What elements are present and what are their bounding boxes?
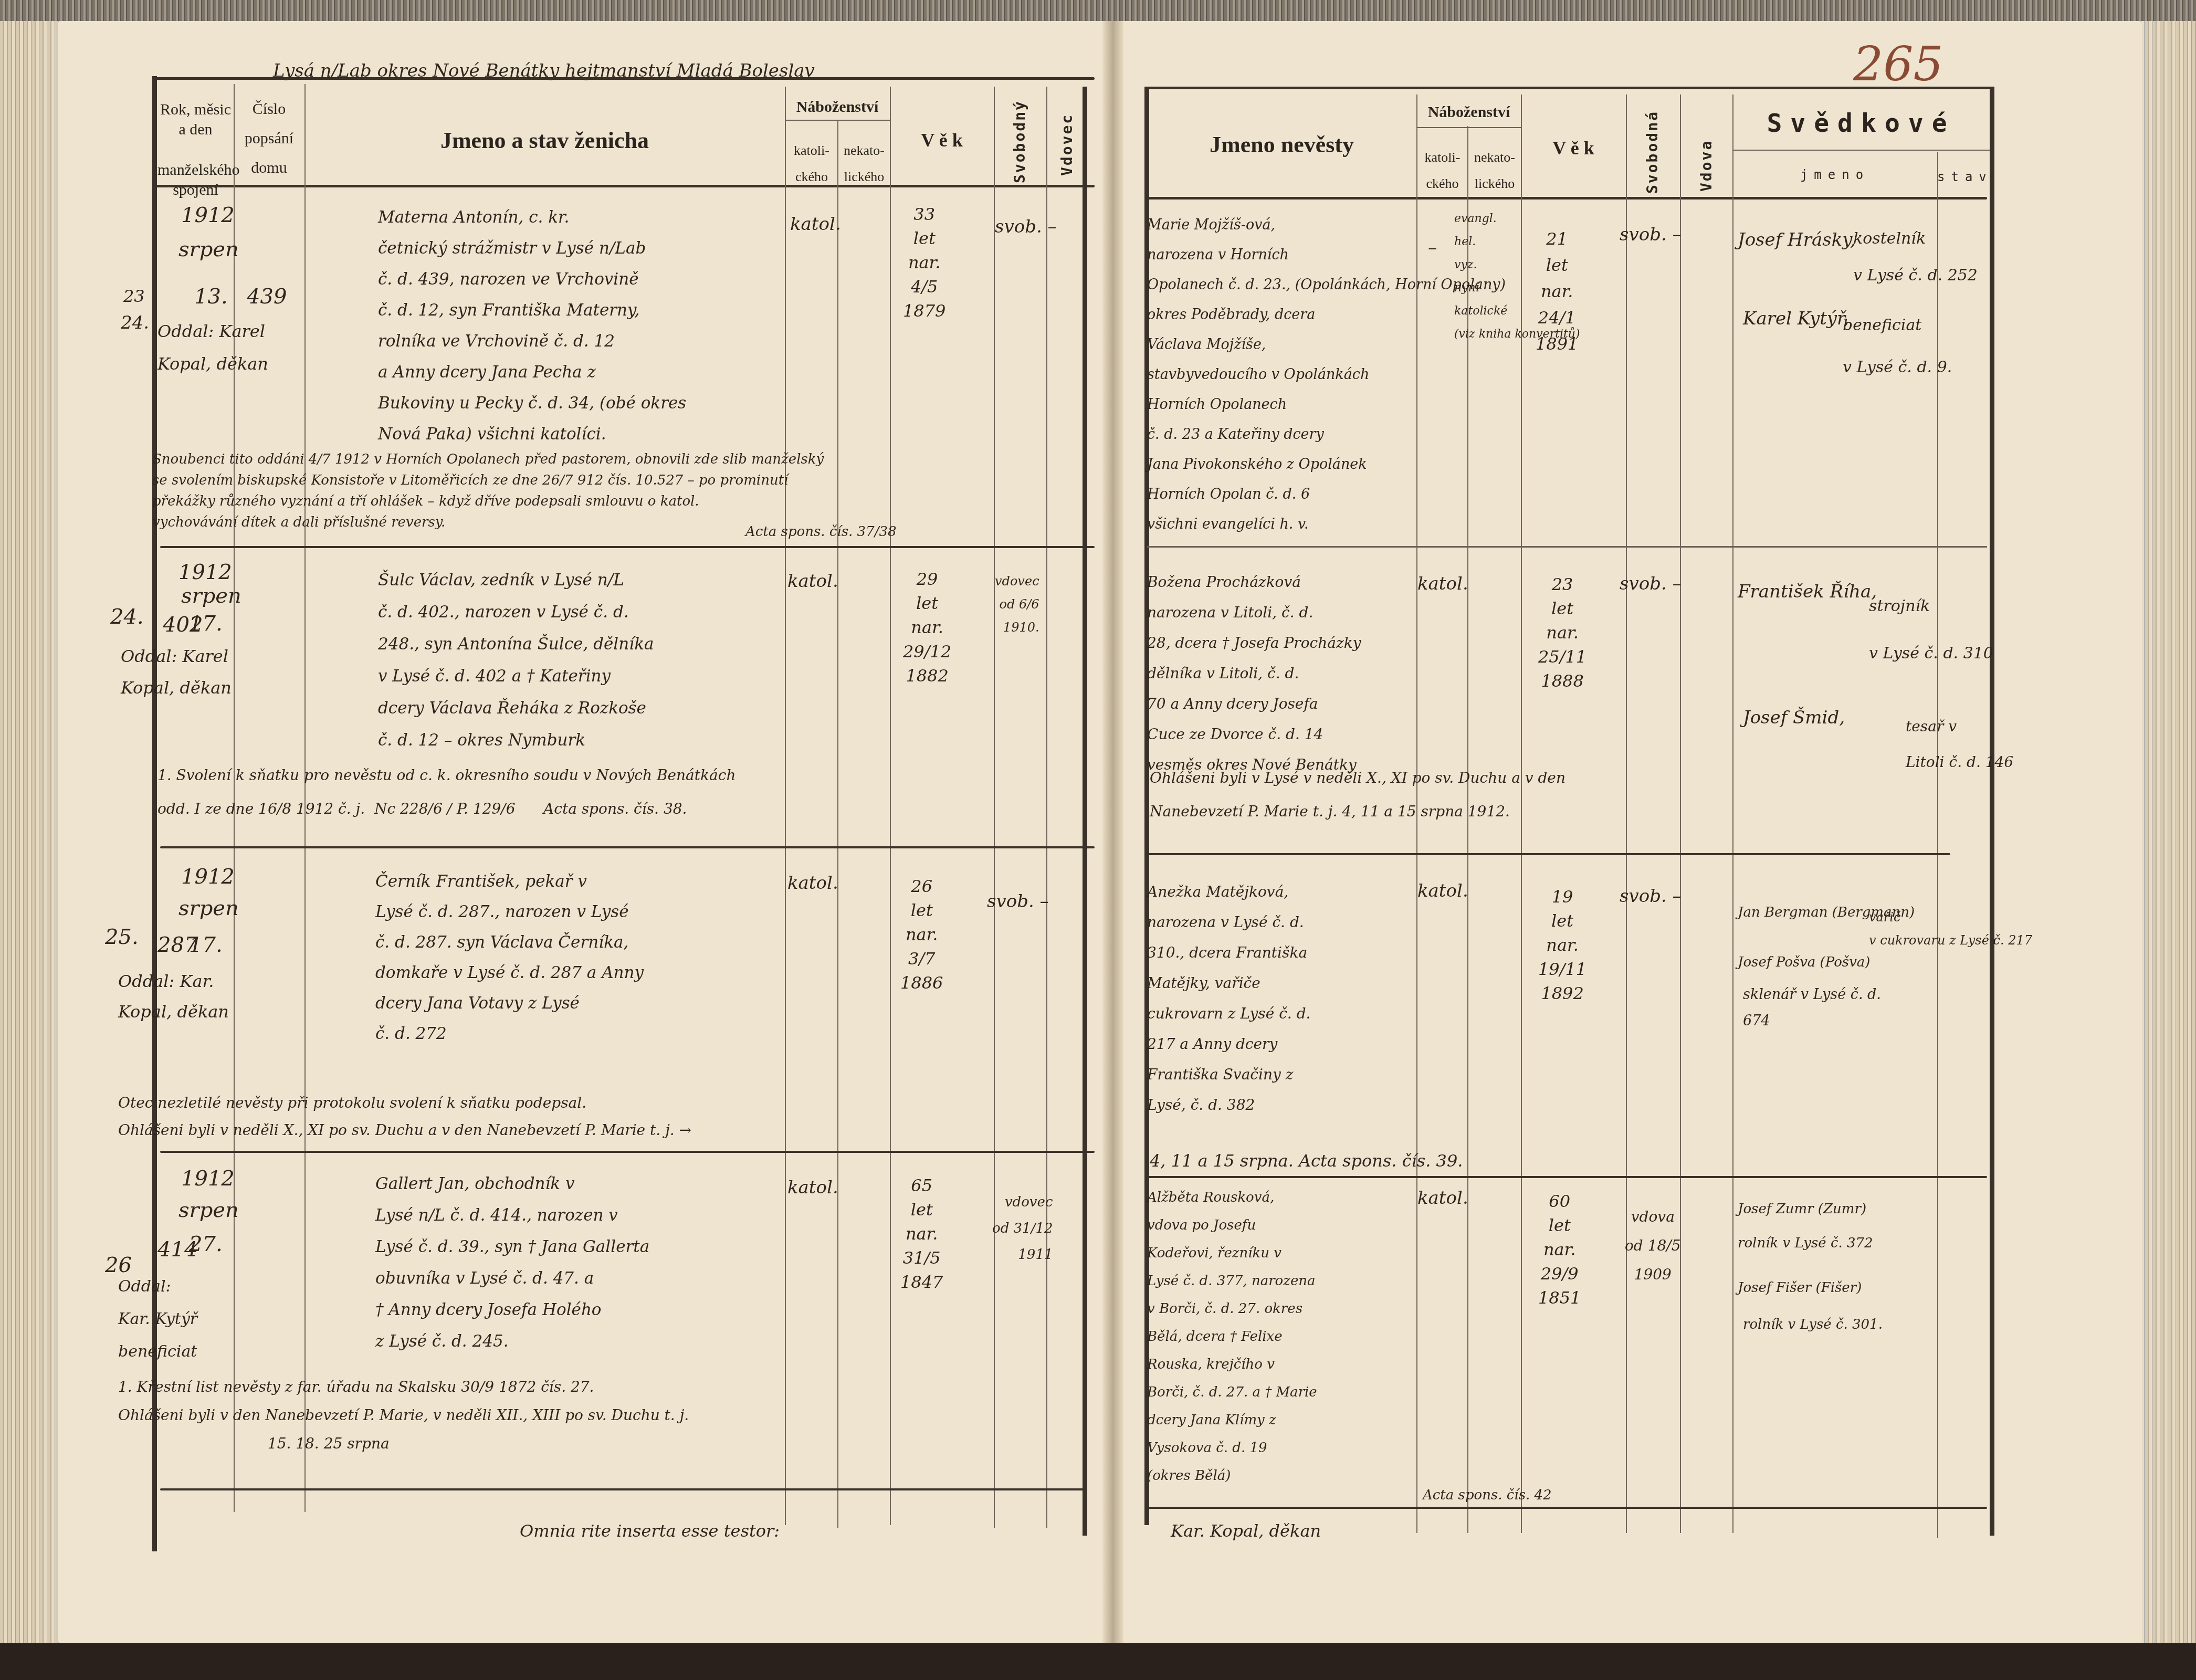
entry-house-number: 439 bbox=[247, 286, 287, 307]
entry-groom-age: 65 let nar. 31/5 1847 bbox=[900, 1173, 943, 1294]
entry-groom-status: svob. – bbox=[987, 892, 1049, 910]
entry-bride-status: svob. – bbox=[1620, 226, 1682, 244]
col-header-groom: Jmeno a stav ženicha bbox=[304, 126, 785, 155]
closing-signature: Kar. Kopal, děkan bbox=[1171, 1522, 1321, 1539]
entry-bride: Marie Mojžíš-ová, narozena v Horních Opo… bbox=[1147, 210, 1506, 539]
witness2-status: tesař v Litoli č. d. 146 bbox=[1906, 709, 2013, 780]
entry-number-bottom: 24. bbox=[121, 314, 149, 332]
entry-bride-religion-cat: katol. bbox=[1417, 1189, 1468, 1207]
entry-officiant: Oddal: Kar. Kopal, děkan bbox=[118, 966, 229, 1027]
left-header-top-rule bbox=[155, 77, 1095, 80]
entry-note-left: 1. Svolení k sňatku pro nevěstu od c. k.… bbox=[157, 759, 735, 826]
entry-bride-age: 19 let nar. 19/11 1892 bbox=[1538, 885, 1586, 1005]
col-header-single-f: Svobodná bbox=[1643, 110, 1662, 194]
entry-house-number: 402 bbox=[163, 614, 203, 635]
entry-groom-age: 33 let nar. 4/5 1879 bbox=[903, 202, 945, 323]
witness2-name: Josef Šmid, bbox=[1743, 709, 1845, 727]
religion-split-rule bbox=[785, 120, 890, 121]
col-header-single: Svobodný bbox=[1011, 97, 1029, 186]
entry-house-number: 287 bbox=[157, 934, 197, 955]
entry-groom-age: 29 let nar. 29/12 1882 bbox=[903, 567, 951, 688]
entry-bride: Božena Procházková narozena v Litoli, č.… bbox=[1147, 567, 1361, 780]
col-header-widow: Vdova bbox=[1697, 139, 1716, 192]
row-separator bbox=[160, 1488, 1084, 1490]
col-header-widower: Vdovec bbox=[1058, 105, 1076, 184]
entry-bride-status: svob. – bbox=[1620, 887, 1682, 905]
witness1-status: vařič v cukrovaru z Lysé č. 217 bbox=[1869, 906, 2032, 952]
entry-bride-age: 60 let nar. 29/9 1851 bbox=[1538, 1189, 1581, 1310]
witness2-name: Josef Pošva (Pošva) bbox=[1738, 955, 1871, 969]
row-separator bbox=[1147, 546, 1987, 548]
grid-line bbox=[890, 87, 891, 1525]
right-table-right-border bbox=[1990, 87, 1994, 1536]
row-separator bbox=[1147, 853, 1950, 855]
col-header-date: Rok, měsic a den manželského spojení bbox=[157, 100, 234, 199]
witness1-status: rolník v Lysé č. 372 bbox=[1738, 1236, 1873, 1250]
entry-note-left: Otec nezletilé nevěsty při protokolu svo… bbox=[118, 1089, 691, 1144]
witness1-name: František Říha, bbox=[1738, 583, 1877, 601]
entry-groom-religion: katol. bbox=[790, 215, 841, 233]
entry-month: srpen bbox=[181, 585, 241, 606]
col-header-catholic-right: katoli- ckého bbox=[1417, 144, 1467, 197]
entry-year: 1912 bbox=[181, 205, 235, 226]
col-header-age-right: V ě k bbox=[1521, 136, 1626, 160]
col-header-catholic: katoli- ckého bbox=[786, 138, 837, 190]
row-separator bbox=[160, 546, 1095, 548]
col-header-date-line1: Rok, měsic a den bbox=[157, 100, 234, 139]
witness1-status: strojník v Lysé č. d. 310 bbox=[1869, 583, 1993, 677]
right-header-top-rule bbox=[1144, 87, 1992, 89]
witness2-name: Josef Fišer (Fišer) bbox=[1738, 1281, 1862, 1295]
entry-bride-religion-cat: katol. bbox=[1417, 575, 1468, 593]
col-header-noncatholic-right: nekato- lického bbox=[1468, 144, 1521, 197]
col-header-witnesses: Svědkové bbox=[1732, 108, 1990, 139]
entry-acta: Acta spons. čís. 37/38 bbox=[745, 525, 897, 539]
witness2-name: Karel Kytýř, bbox=[1743, 310, 1849, 328]
entry-bride: Alžběta Rousková, vdova po Josefu Kodeřo… bbox=[1147, 1184, 1317, 1490]
col-header-age: V ě k bbox=[890, 129, 994, 152]
entry-bride-religion-cat: katol. bbox=[1417, 882, 1468, 900]
witness-split-rule bbox=[1732, 150, 1990, 151]
grid-line bbox=[785, 87, 786, 1525]
catholic-line2: ckého bbox=[786, 164, 837, 190]
noncatholic-line2: lického bbox=[1468, 171, 1521, 197]
entry-groom: Šulc Václav, zedník v Lysé n/L č. d. 402… bbox=[378, 564, 654, 757]
entry-acta: Acta spons. čís. 42 bbox=[1423, 1488, 1552, 1502]
entry-bride-status: svob. – bbox=[1620, 575, 1682, 593]
witness2-status: beneficiat v Lysé č. d. 9. bbox=[1843, 304, 1952, 388]
row-separator bbox=[1147, 1176, 1987, 1178]
catholic-line2: ckého bbox=[1417, 171, 1467, 197]
closing-attestation: Omnia rite inserta esse testor: bbox=[520, 1522, 780, 1539]
col-header-noncatholic: nekato- lického bbox=[838, 138, 890, 190]
entry-bride-age: 23 let nar. 25/11 1888 bbox=[1538, 572, 1586, 693]
entry-year: 1912 bbox=[181, 866, 235, 887]
right-header-bottom-rule bbox=[1147, 197, 1987, 199]
entry-groom-age: 26 let nar. 3/7 1886 bbox=[900, 874, 943, 995]
grid-line bbox=[1046, 87, 1047, 1528]
col-header-house-line2: popsání bbox=[234, 124, 304, 153]
grid-line bbox=[837, 121, 838, 1528]
entry-day: 13. bbox=[194, 286, 228, 307]
left-header-bottom-rule bbox=[155, 185, 1095, 187]
witness1-name: Josef Zumr (Zumr) bbox=[1738, 1202, 1866, 1216]
noncatholic-line2: lického bbox=[838, 164, 890, 190]
entry-month: srpen bbox=[178, 1200, 239, 1221]
entry-groom-religion: katol. bbox=[787, 1179, 838, 1196]
entry-year: 1912 bbox=[181, 1168, 235, 1189]
entry-bride-status: vdova od 18/5 1909 bbox=[1625, 1202, 1681, 1289]
religion-split-rule bbox=[1416, 127, 1521, 128]
entry-groom-status: vdovec od 31/12 1911 bbox=[992, 1189, 1053, 1268]
entry-note-right: Ohlášeni byli v Lysé v neděli X., XI po … bbox=[1150, 761, 1565, 828]
entry-note-left: Snoubenci tito oddáni 4/7 1912 v Horních… bbox=[152, 449, 824, 533]
col-header-date-line2: manželského spojení bbox=[157, 160, 234, 199]
col-header-house: Číslo popsání domu bbox=[234, 94, 304, 183]
witness2-status: rolník v Lysé č. 301. bbox=[1743, 1318, 1883, 1331]
entry-month: srpen bbox=[178, 239, 239, 260]
col-header-witness-status: stav bbox=[1937, 169, 1990, 185]
entry-groom: Gallert Jan, obchodník v Lysé n/L č. d. … bbox=[375, 1168, 649, 1357]
col-header-religion: Náboženství bbox=[785, 97, 890, 117]
entry-bride: Anežka Matějková, narozena v Lysé č. d. … bbox=[1147, 877, 1310, 1120]
col-header-house-line3: domu bbox=[234, 153, 304, 183]
entry-year: 1912 bbox=[178, 562, 232, 583]
grid-line bbox=[1680, 94, 1681, 1533]
entry-groom-status: vdovec od 6/6 1910. bbox=[995, 570, 1039, 639]
noncatholic-line1: nekato- bbox=[1468, 144, 1521, 171]
entry-officiant: Oddal: Kar. Kytýř beneficiat bbox=[118, 1270, 197, 1368]
witness2-status: sklenář v Lysé č. d. 674 bbox=[1743, 982, 1881, 1034]
catholic-line1: katoli- bbox=[786, 138, 837, 164]
left-table-right-border bbox=[1083, 87, 1087, 1536]
entry-house-number: 414 bbox=[157, 1239, 197, 1260]
entry-bride-religion-cat: – bbox=[1428, 239, 1437, 257]
book-gutter bbox=[1102, 21, 1123, 1643]
entry-groom-status: svob. – bbox=[995, 218, 1057, 236]
catholic-line1: katoli- bbox=[1417, 144, 1467, 171]
entry-groom-religion: katol. bbox=[787, 874, 838, 892]
grid-line bbox=[1732, 94, 1733, 1533]
page-number: 265 bbox=[1853, 37, 1943, 92]
col-header-witness-name: jmeno bbox=[1732, 167, 1937, 183]
row-separator bbox=[1147, 1507, 1987, 1509]
entry-note-left: 1. Křestní list nevěsty z far. úřadu na … bbox=[118, 1373, 689, 1458]
entry-groom: Materna Antonín, c. kr. četnický strážmi… bbox=[378, 202, 686, 450]
entry-officiant: Oddal: Karel Kopal, děkan bbox=[121, 640, 232, 703]
witness1-status: kostelník v Lysé č. d. 252 bbox=[1853, 220, 1978, 294]
row-separator bbox=[160, 1151, 1095, 1153]
entry-groom: Černík František, pekař v Lysé č. d. 287… bbox=[375, 866, 644, 1049]
entry-number: 24. bbox=[110, 606, 144, 627]
witness1-name: Josef Hrásky, bbox=[1738, 231, 1856, 249]
row-separator bbox=[160, 846, 1095, 848]
entry-note-right: 4, 11 a 15 srpna. Acta spons. čís. 39. bbox=[1150, 1152, 1463, 1169]
grid-line bbox=[994, 87, 995, 1528]
col-header-house-line1: Číslo bbox=[234, 94, 304, 124]
entry-officiant: Oddal: Karel Kopal, děkan bbox=[157, 315, 268, 380]
col-header-bride: Jmeno nevěsty bbox=[1147, 130, 1416, 159]
col-header-religion-right: Náboženství bbox=[1416, 102, 1521, 122]
entry-bride-age: 21 let nar. 24/1 1891 bbox=[1536, 226, 1578, 357]
entry-groom-religion: katol. bbox=[787, 572, 838, 590]
entry-number-top: 23 bbox=[123, 288, 145, 304]
grid-line bbox=[1626, 94, 1627, 1533]
noncatholic-line1: nekato- bbox=[838, 138, 890, 164]
entry-month: srpen bbox=[178, 898, 239, 919]
entry-number: 25. bbox=[105, 927, 139, 948]
